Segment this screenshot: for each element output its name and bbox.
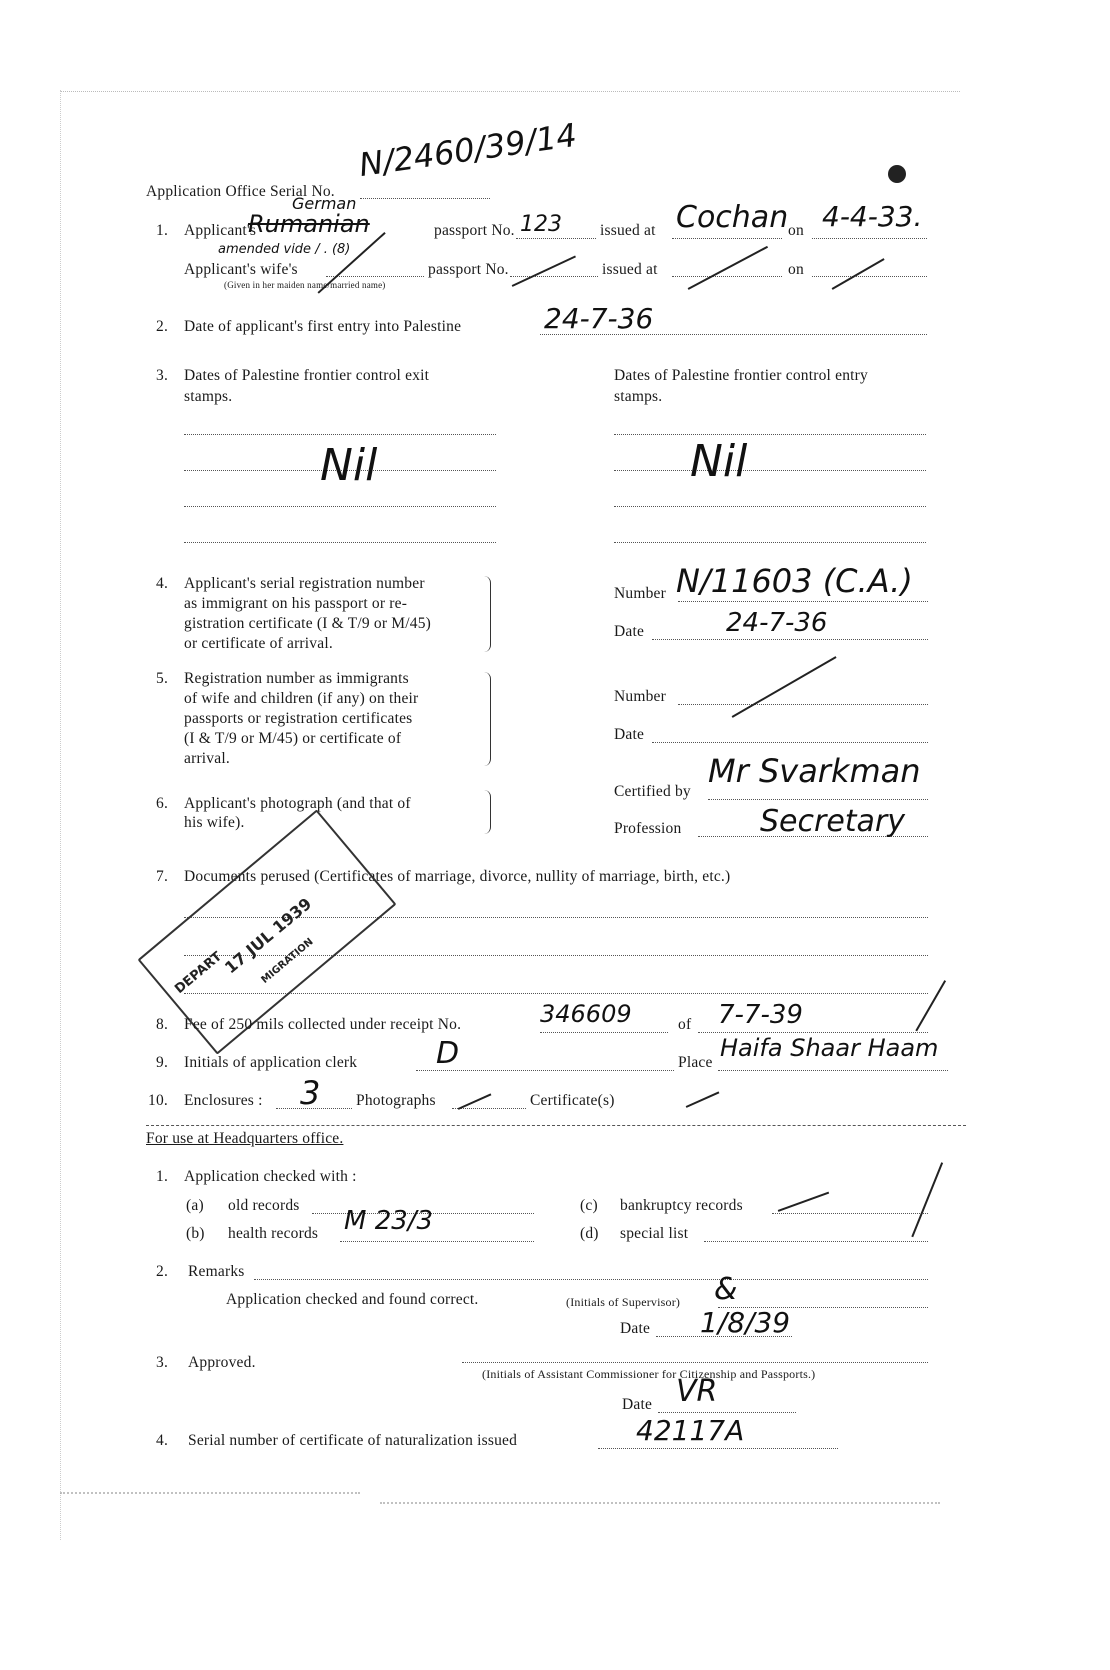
hq-item1-number: 1. [156, 1168, 168, 1186]
strike-mark [832, 258, 885, 289]
hq-item2-label: Remarks [188, 1263, 245, 1281]
entry-dots [614, 470, 926, 471]
item1-nationality-value: German [292, 194, 356, 213]
hq-c-text: bankruptcy records [620, 1197, 743, 1215]
hq-item4-label: Serial number of certificate of naturali… [188, 1432, 517, 1450]
item1-wife-issued-label: issued at [602, 261, 658, 279]
item6-brace [484, 790, 491, 834]
place-dots [718, 1070, 948, 1071]
item4-number-dots [678, 601, 928, 602]
item1-amendment-note: amended vide / . (8) [218, 242, 350, 257]
hq-c-label: (c) [580, 1197, 598, 1215]
item1-wife-on-label: on [788, 261, 804, 279]
item1-nationality-struck: Rumanian [248, 210, 370, 238]
item4-number-value: N/11603 (C.A.) [676, 562, 913, 600]
entry-dots [614, 434, 926, 435]
item6-line: his wife). [184, 814, 245, 832]
strike-mark [688, 246, 768, 290]
entry-dots [614, 506, 926, 507]
item3-entry-value: Nil [690, 436, 747, 487]
item5-line: (I & T/9 or M/45) or certificate of [184, 730, 401, 748]
section-divider [146, 1125, 966, 1126]
of-dots [698, 1032, 928, 1033]
strike-mark [732, 656, 837, 717]
wife-issued-dots [672, 276, 782, 277]
wife-on-dots [812, 276, 927, 277]
approved-dots [462, 1362, 928, 1363]
item5-certified-label: Certified by [614, 783, 691, 801]
photographs-dots [452, 1108, 526, 1109]
item1-passport-label: passport No. [434, 222, 515, 240]
page-left-edge [60, 90, 61, 1540]
item4-line: gistration certificate (I & T/9 or M/45) [184, 615, 431, 633]
strike-mark [778, 1192, 829, 1212]
item10-certificates-label: Certificate(s) [530, 1092, 615, 1110]
item3-exit-value: Nil [320, 440, 377, 491]
serial-handwritten-value: N/2460/39/14 [357, 116, 579, 184]
item7-dots [184, 993, 928, 994]
commissioner-date-dots [658, 1412, 796, 1413]
item1-wife-passport-label: passport No. [428, 261, 509, 279]
item4-date-value: 24-7-36 [726, 608, 827, 638]
item5-certified-value: Mr Svarkman [708, 752, 921, 790]
item2-number: 2. [156, 318, 168, 336]
ink-blot [888, 165, 906, 183]
strike-mark [512, 255, 576, 286]
supervisor-initials: & [714, 1272, 737, 1307]
item3-entry-label-line1: Dates of Palestine frontier control entr… [614, 367, 868, 385]
item5-line: of wife and children (if any) on their [184, 690, 418, 708]
stamp-date: 17 JUL 1939 [221, 894, 315, 977]
hq-a-label: (a) [186, 1197, 204, 1215]
item8-of-label: of [678, 1016, 691, 1034]
exit-dots [184, 434, 496, 435]
receipt-dots [540, 1032, 668, 1033]
serial-dotted-line [360, 198, 490, 199]
exit-dots [184, 506, 496, 507]
item4-date-dots [652, 639, 928, 640]
item4-brace [484, 576, 491, 652]
item4-line: or certificate of arrival. [184, 635, 333, 653]
item1-applicant-label: Applicant's [184, 222, 256, 240]
strike-mark [686, 1091, 719, 1107]
item9-place-label: Place [678, 1054, 713, 1072]
item1-issued-dots [672, 238, 782, 239]
item1-wife-note: (Given in her maiden name/married name) [224, 280, 386, 290]
item5-line: Registration number as immigrants [184, 670, 409, 688]
hq-item4-number: 4. [156, 1432, 168, 1450]
item1-issued-label: issued at [600, 222, 656, 240]
item5-number-dots [678, 704, 928, 705]
hq-b-text: health records [228, 1225, 318, 1243]
item1-passport-value: 123 [520, 212, 562, 237]
item1-passport-dots [516, 238, 596, 239]
item1-issued-value: Cochan [676, 200, 788, 235]
special-list-dots [704, 1241, 928, 1242]
hq-b-label: (b) [186, 1225, 205, 1243]
hq-item2-number: 2. [156, 1263, 168, 1281]
item10-enclosures-value: 3 [300, 1074, 320, 1112]
item8-of-value: 7-7-39 [718, 1000, 803, 1030]
hq-supervisor-date-value: 1/8/39 [700, 1306, 790, 1339]
hq-item4-value: 42117A [636, 1414, 744, 1447]
item3-exit-label-line2: stamps. [184, 388, 232, 406]
wife-name-dots [326, 276, 424, 277]
item5-number: 5. [156, 670, 168, 688]
item6-line: Applicant's photograph (and that of [184, 795, 411, 813]
hq-item3-number: 3. [156, 1354, 168, 1372]
stamp-line1: DEPART [172, 949, 225, 997]
hq-d-label: (d) [580, 1225, 599, 1243]
entry-dots [614, 542, 926, 543]
item5-profession-value: Secretary [760, 804, 905, 839]
hq-commissioner-date-label: Date [622, 1396, 652, 1414]
tick-mark [915, 980, 945, 1031]
hq-item1-label: Application checked with : [184, 1168, 357, 1186]
exit-dots [184, 542, 496, 543]
tick-mark [911, 1162, 942, 1237]
item10-photographs-label: Photographs [356, 1092, 436, 1110]
item3-exit-label-line1: Dates of Palestine frontier control exit [184, 367, 429, 385]
remarks-dots [254, 1279, 928, 1280]
bankruptcy-dots [772, 1213, 928, 1214]
item5-date-dots [652, 742, 928, 743]
naturalization-application-form: Application Office Serial No. N/2460/39/… [0, 0, 1110, 1670]
hq-b-value: M 23/3 [344, 1206, 433, 1236]
wife-passport-dots [510, 276, 598, 277]
item10-label: Enclosures : [184, 1092, 263, 1110]
item9-number: 9. [156, 1054, 168, 1072]
certified-dots [708, 799, 928, 800]
page-top-edge [60, 91, 960, 92]
item7-number: 7. [156, 868, 168, 886]
hq-d-text: special list [620, 1225, 688, 1243]
item5-number-label: Number [614, 688, 666, 706]
hq-checked-text: Application checked and found correct. [226, 1291, 478, 1309]
item10-number: 10. [148, 1092, 168, 1110]
item5-line: passports or registration certificates [184, 710, 412, 728]
scan-noise [380, 1502, 940, 1504]
item8-number: 8. [156, 1016, 168, 1034]
hq-item3-label: Approved. [188, 1354, 256, 1372]
item2-value: 24-7-36 [544, 302, 653, 335]
hq-supervisor-label: (Initials of Supervisor) [566, 1295, 680, 1310]
item4-line: Applicant's serial registration number [184, 575, 425, 593]
item5-line: arrival. [184, 750, 230, 768]
item5-brace [484, 672, 491, 766]
item3-number: 3. [156, 367, 168, 385]
hq-commissioner-label: (Initials of Assistant Commissioner for … [482, 1367, 815, 1382]
item8-label: Fee of 250 mils collected under receipt … [184, 1016, 461, 1034]
scan-noise [60, 1492, 360, 1494]
item4-line: as immigrant on his passport or re- [184, 595, 407, 613]
item2-label: Date of applicant's first entry into Pal… [184, 318, 461, 336]
hq-a-text: old records [228, 1197, 300, 1215]
commissioner-initials: VR [676, 1374, 717, 1409]
item9-label: Initials of application clerk [184, 1054, 357, 1072]
item1-on-label: on [788, 222, 804, 240]
item1-number: 1. [156, 222, 168, 240]
item9-place-value: Haifa Shaar Haam [720, 1034, 938, 1062]
hq-supervisor-date-label: Date [620, 1320, 650, 1338]
item4-number: 4. [156, 575, 168, 593]
clerk-initials: D [436, 1036, 459, 1071]
item5-profession-label: Profession [614, 820, 681, 838]
item4-number-label: Number [614, 585, 666, 603]
item1-wife-label: Applicant's wife's [184, 261, 298, 279]
hq-heading: For use at Headquarters office. [146, 1130, 343, 1148]
item6-number: 6. [156, 795, 168, 813]
item3-entry-label-line2: stamps. [614, 388, 662, 406]
item5-date-label: Date [614, 726, 644, 744]
item8-receipt-value: 346609 [540, 1000, 632, 1028]
item1-on-value: 4-4-33. [822, 200, 922, 233]
naturalization-dots [598, 1448, 838, 1449]
item4-date-label: Date [614, 623, 644, 641]
health-records-dots [340, 1241, 534, 1242]
item1-on-dots [812, 238, 927, 239]
